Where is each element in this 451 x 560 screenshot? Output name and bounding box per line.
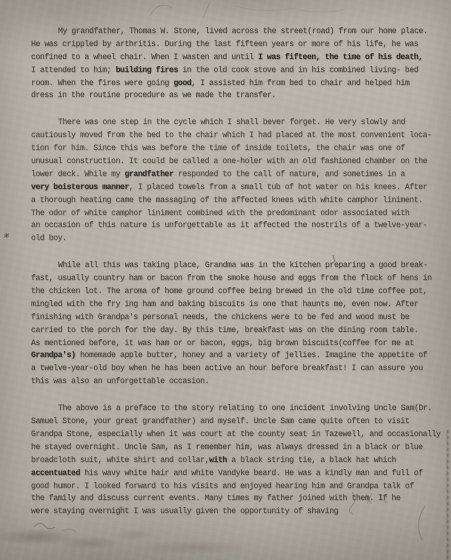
text-line: an occasion of this nature is unforgetta…: [31, 220, 445, 233]
text-line: mingled with the fry ing ham and baking …: [31, 299, 445, 312]
text-line: unusual construction. It could be called…: [31, 156, 445, 169]
text-line: My grandfather, Thomas W. Stone, lived a…: [31, 26, 445, 39]
text-line: The above is a preface to the story rela…: [31, 403, 445, 416]
text-line: While all this was taking place, Grandma…: [31, 260, 445, 273]
text-line: this was also an unforgettable occasion.: [31, 376, 445, 389]
document-body: My grandfather, Thomas W. Stone, lived a…: [31, 26, 445, 519]
text-line: confined to a wheel chair. When I wasten…: [31, 52, 445, 65]
text-line: dress in the routine procedure as we mad…: [31, 90, 445, 103]
text-line: room. When the fires were going good, I …: [31, 78, 445, 91]
paragraph: While all this was taking place, Grandma…: [31, 260, 445, 389]
text-line: tion for him. Since this was before the …: [31, 143, 445, 156]
text-line: a thorough heating came the massaging of…: [31, 195, 445, 208]
text-line: the family and discuss current events. M…: [31, 493, 445, 506]
text-line: good humor. I looked forward to his visi…: [31, 481, 445, 494]
paragraph: My grandfather, Thomas W. Stone, lived a…: [31, 26, 445, 103]
text-line: a twelve-year-old boy when he has been a…: [31, 363, 445, 376]
text-line: the chicken lot. The aroma of home groun…: [31, 286, 445, 299]
text-line: old boy.: [31, 233, 445, 246]
scanned-page: * My grandfather, Thomas W. Stone, lived…: [0, 0, 451, 560]
paragraph: The above is a preface to the story rela…: [31, 403, 445, 519]
text-line: Grandpa's) homemade apple butter, honey …: [31, 350, 445, 363]
text-line: broadcloth suit, white shirt and collar,…: [31, 455, 445, 468]
text-line: He was crippled by arthritis. During the…: [31, 39, 445, 52]
text-line: Samuel Stone, your great grandfather) an…: [31, 416, 445, 429]
text-line: finishing with Grandpa's personal needs,…: [31, 312, 445, 325]
text-line: accentuated his wavy white hair and whit…: [31, 468, 445, 481]
margin-annotation-mark: *: [3, 231, 11, 245]
text-line: lower deck. While my grandfather respond…: [31, 169, 445, 182]
paragraph: There was one step in the cycle which I …: [31, 117, 445, 246]
text-line: As mentioned before, it was ham or or ba…: [31, 338, 445, 351]
text-line: very boisterous manner, I placed towels …: [31, 182, 445, 195]
text-line: carried to the porch for the day. By thi…: [31, 325, 445, 338]
text-line: Grandpa Stone, especially when it was co…: [31, 429, 445, 442]
text-line: I attended to him; building fires in the…: [31, 65, 445, 78]
text-line: There was one step in the cycle which I …: [31, 117, 445, 130]
photo-edge-print: [447, 430, 449, 560]
text-line: The odor of white camphor liniment combi…: [31, 208, 445, 221]
text-line: cautiously moved from the bed to the cha…: [31, 130, 445, 143]
text-line: were staying overnight I was usually giv…: [31, 506, 445, 519]
text-line: he stayed overnight. Uncle Sam, as I rem…: [31, 442, 445, 455]
text-line: fast, usually country ham or bacon from …: [31, 273, 445, 286]
bottom-smudge: [0, 518, 300, 560]
